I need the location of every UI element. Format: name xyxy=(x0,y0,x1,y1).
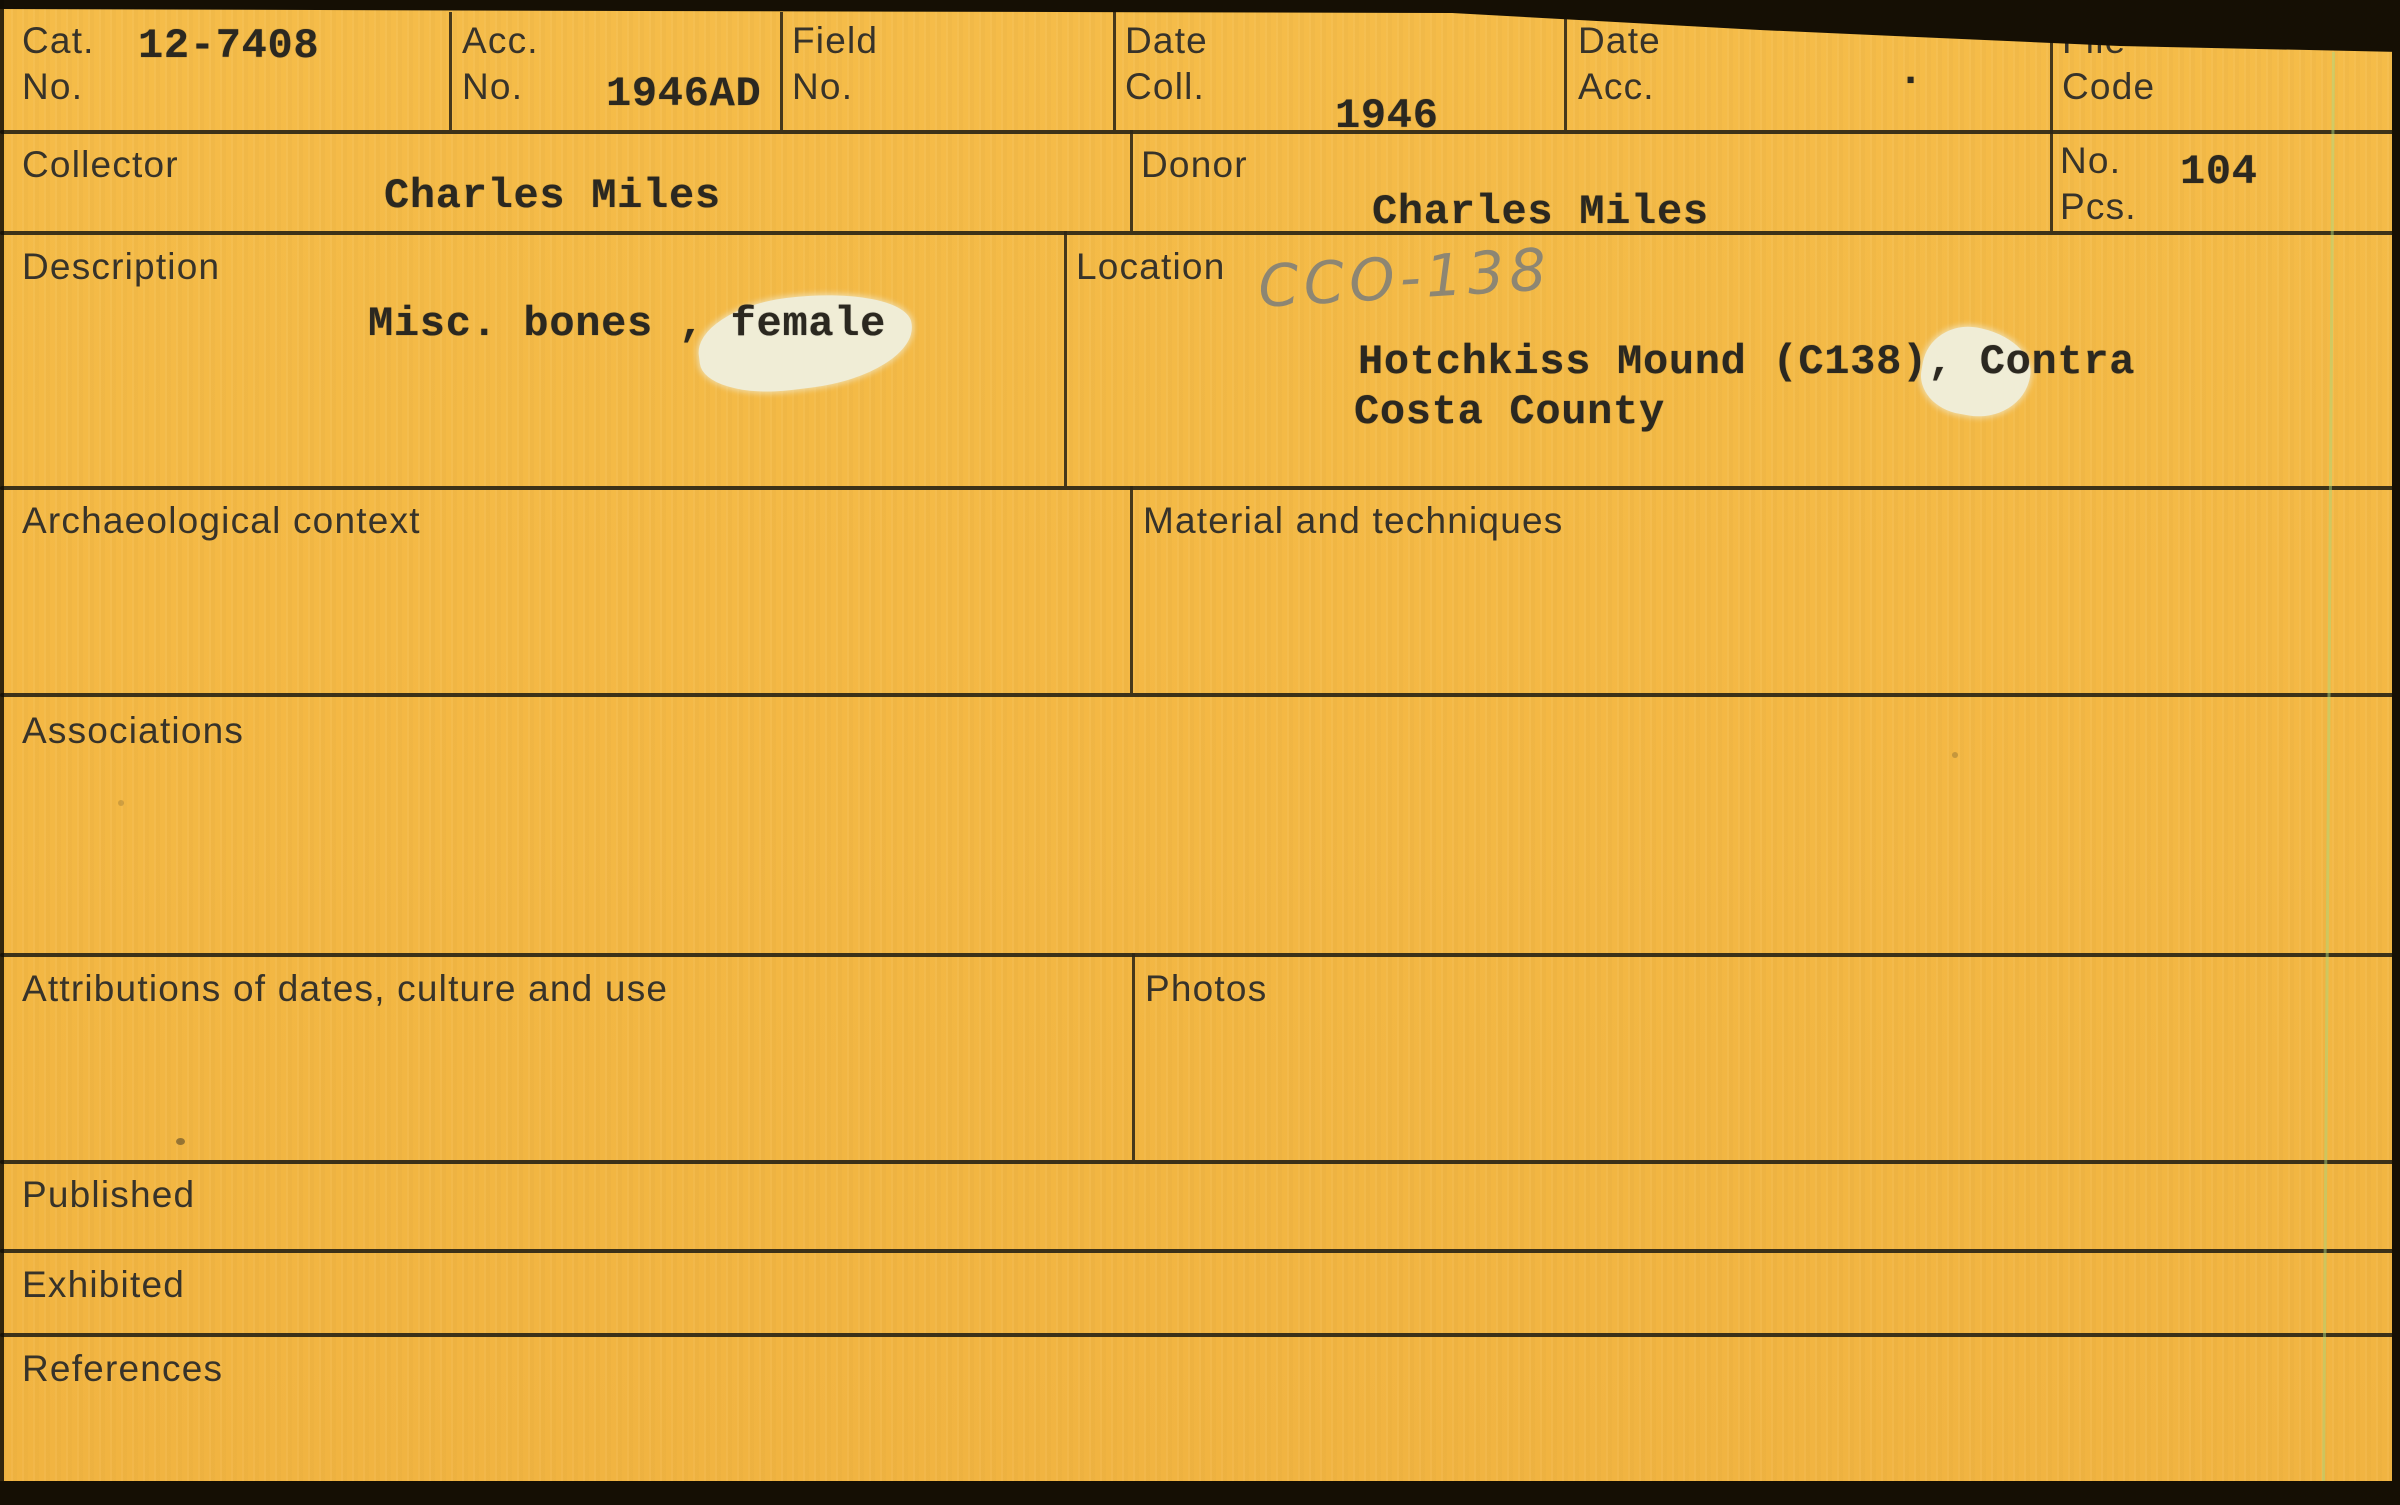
date-coll-label-line2: Coll. xyxy=(1125,64,1205,110)
associations-label: Associations xyxy=(22,708,244,754)
grid-hline-4 xyxy=(0,693,2400,697)
grid-hline-3 xyxy=(0,486,2400,490)
photos-label: Photos xyxy=(1145,966,1267,1012)
no-pcs-label-line1: No. xyxy=(2060,138,2121,184)
scan-speck xyxy=(1952,752,1958,758)
grid-vline-field xyxy=(780,12,783,130)
archaeological-context-label: Archaeological context xyxy=(22,498,421,544)
file-code-label-line2: Code xyxy=(2062,64,2155,110)
grid-hline-8 xyxy=(0,1333,2400,1337)
scan-speck xyxy=(176,1138,185,1145)
scan-edge-bottom xyxy=(0,1481,2400,1505)
collector-label: Collector xyxy=(22,142,179,188)
grid-vline-dateacc xyxy=(1564,12,1567,130)
description-label: Description xyxy=(22,244,220,290)
date-acc-label-line1: Date xyxy=(1578,18,1661,64)
scan-edge-right xyxy=(2392,0,2400,1505)
card-paper xyxy=(0,0,2400,1505)
collector-value: Charles Miles xyxy=(384,172,721,220)
field-no-label-line1: Field xyxy=(792,18,878,64)
donor-label: Donor xyxy=(1141,142,1248,188)
attributions-label: Attributions of dates, culture and use xyxy=(22,966,668,1012)
date-coll-value: 1946 xyxy=(1335,92,1439,140)
grid-hline-6 xyxy=(0,1160,2400,1164)
location-label: Location xyxy=(1076,244,1226,290)
donor-value: Charles Miles xyxy=(1372,188,1709,236)
date-acc-label-line2: Acc. xyxy=(1578,64,1655,110)
acc-no-label-line1: Acc. xyxy=(462,18,539,64)
scan-speck xyxy=(118,800,124,806)
acc-no-label-line2: No. xyxy=(462,64,523,110)
exhibited-label: Exhibited xyxy=(22,1262,185,1308)
cat-no-label-line1: Cat. xyxy=(22,18,95,64)
grid-hline-1 xyxy=(0,130,2400,134)
material-techniques-label: Material and techniques xyxy=(1143,498,1563,544)
cat-no-value: 12-7408 xyxy=(138,22,319,70)
grid-vline-datecoll xyxy=(1113,12,1116,130)
location-value-line2: Costa County xyxy=(1354,388,1665,436)
grid-vline-donor xyxy=(1130,130,1133,231)
scan-edge-left xyxy=(0,0,4,1481)
grid-vline-location xyxy=(1064,231,1067,486)
grid-hline-7 xyxy=(0,1249,2400,1253)
grid-vline-filecode xyxy=(2050,12,2053,231)
date-acc-value: . xyxy=(1898,48,1924,96)
no-pcs-label-line2: Pcs. xyxy=(2060,184,2137,230)
published-label: Published xyxy=(22,1172,195,1218)
no-pcs-value: 104 xyxy=(2180,148,2258,196)
grid-vline-photos xyxy=(1132,953,1135,1160)
grid-hline-2 xyxy=(0,231,2400,235)
acc-no-value: 1946AD xyxy=(606,70,761,118)
grid-vline-material xyxy=(1130,486,1133,693)
date-coll-label-line1: Date xyxy=(1125,18,1208,64)
location-value-line1: Hotchkiss Mound (C138), Contra xyxy=(1358,338,2135,386)
grid-vline-acc xyxy=(449,12,452,130)
cat-no-label-line2: No. xyxy=(22,64,83,110)
field-no-label-line2: No. xyxy=(792,64,853,110)
description-value: Misc. bones , female xyxy=(368,300,886,348)
grid-hline-5 xyxy=(0,953,2400,957)
scanned-catalog-card: Cat. No. 12-7408 Acc. No. 1946AD Field N… xyxy=(0,0,2400,1505)
references-label: References xyxy=(22,1346,223,1392)
